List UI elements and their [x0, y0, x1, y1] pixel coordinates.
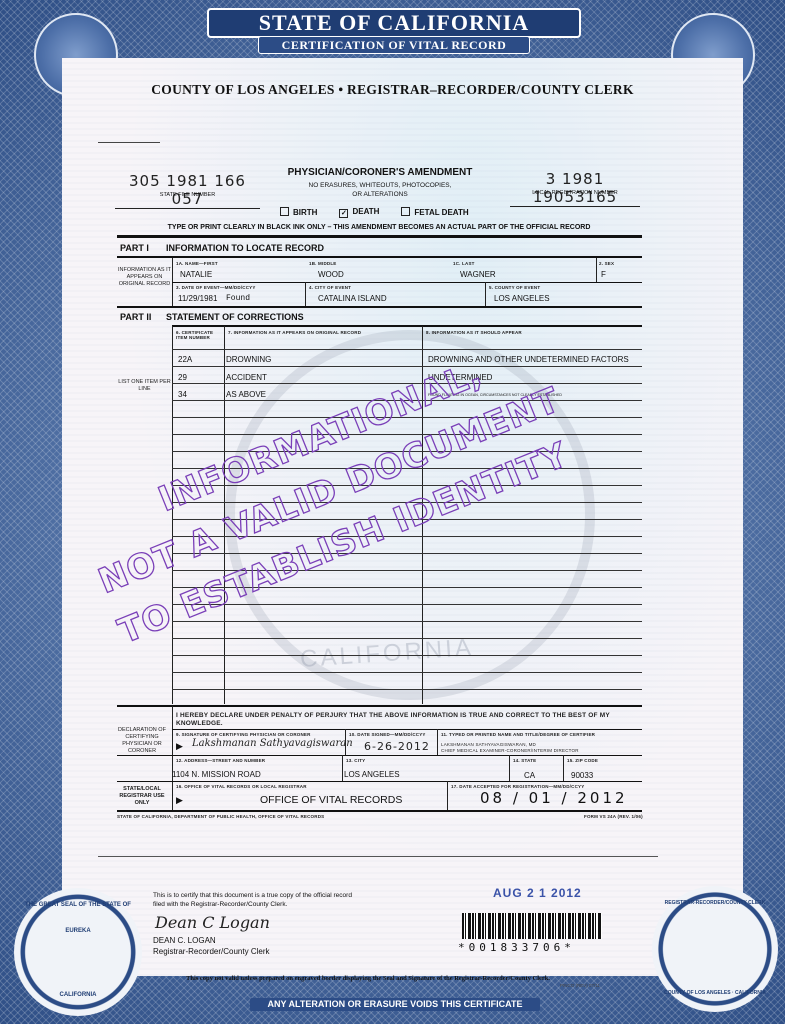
ruled-line: [172, 672, 642, 673]
grid-line: [509, 755, 510, 781]
barcode: [462, 913, 602, 939]
seal-motto: EUREKA: [14, 928, 142, 934]
zip-label: 15. ZIP CODE: [567, 758, 598, 763]
great-seal-of-california: THE GREAT SEAL OF THE STATE OF EUREKA CA…: [14, 888, 142, 1016]
instruction-text: TYPE OR PRINT CLEARLY IN BLACK INK ONLY …: [117, 224, 641, 231]
form-subtitle: NO ERASURES, WHITEOUTS, PHOTOCOPIES, OR …: [270, 181, 490, 199]
part1-side-label: INFORMATION AS IT APPEARS ON ORIGINAL RE…: [117, 267, 172, 288]
state-file-label: STATE FILE NUMBER: [115, 192, 260, 198]
date-accepted-value: 08 / 01 / 2012: [480, 789, 628, 807]
certification-line1: This is to certify that this document is…: [153, 891, 352, 900]
state-value: CA: [524, 771, 535, 780]
record-type-checkboxes: BIRTH ✓DEATH FETAL DEATH: [280, 207, 469, 218]
city-value: LOS ANGELES: [344, 770, 400, 779]
declaration-side-label: DECLARATION OF CERTIFYING PHYSICIAN OR C…: [113, 727, 171, 755]
date-signed-label: 10. DATE SIGNED—MM/DD/CCYY: [349, 732, 426, 737]
divider: [117, 306, 642, 308]
grid-line: [563, 755, 564, 781]
grid-line: [305, 282, 306, 306]
county-of-event-label: 5. COUNTY OF EVENT: [489, 285, 540, 290]
certification-subbanner: CERTIFICATION OF VITAL RECORD: [258, 36, 530, 54]
zip-value: 90033: [571, 771, 593, 780]
column-header-original: 7. INFORMATION AS IT APPEARS ON ORIGINAL…: [228, 330, 361, 335]
office-value: OFFICE OF VITAL RECORDS: [260, 794, 402, 806]
date-of-event-note: Found: [226, 294, 250, 303]
column-header-item: 6. CERTIFICATE ITEM NUMBER: [176, 330, 222, 340]
grid-line: [596, 258, 597, 282]
grid-line: [447, 781, 448, 810]
checkbox-empty-icon: [280, 207, 289, 216]
first-name-label: 1A. NAME—FIRST: [176, 261, 218, 266]
middle-name-value: WOOD: [318, 270, 344, 279]
divider: [98, 856, 658, 857]
county-of-event-value: LOS ANGELES: [494, 294, 550, 303]
checkbox-fetal-death[interactable]: FETAL DEATH: [401, 207, 468, 218]
divider: [117, 705, 642, 707]
city-of-event-label: 4. CITY OF EVENT: [309, 285, 351, 290]
grid-line: [437, 729, 438, 755]
certification-text: This is to certify that this document is…: [153, 891, 352, 909]
seal-bottom-text: CALIFORNIA: [14, 992, 142, 998]
city-label: 13. CITY: [346, 758, 365, 763]
local-registration-number: 3 1981 19053165: [510, 170, 640, 207]
part2-title: STATEMENT OF CORRECTIONS: [166, 312, 304, 322]
checkbox-checked-icon: ✓: [339, 209, 348, 218]
seal-bottom-text: COUNTY OF LOS ANGELES · CALIFORNIA: [652, 990, 778, 996]
form-subtitle-line2: OR ALTERATIONS: [270, 190, 490, 199]
form-title: PHYSICIAN/CORONER'S AMENDMENT: [260, 167, 500, 178]
state-label: 14. STATE: [513, 758, 536, 763]
grid-line: [172, 729, 642, 730]
office-label: 16. OFFICE OF VITAL RECORDS OR LOCAL REG…: [176, 784, 307, 789]
item-number: 34: [178, 390, 187, 399]
checkbox-birth[interactable]: BIRTH: [280, 207, 317, 218]
part1-label: PART I: [120, 243, 149, 253]
part2-side-label: LIST ONE ITEM PER LINE: [117, 379, 172, 393]
registrar-side-label: STATE/LOCAL REGISTRAR USE ONLY: [113, 786, 171, 807]
seal-top-text: THE GREAT SEAL OF THE STATE OF: [14, 902, 142, 908]
grid-line: [172, 282, 642, 283]
column-header-corrected: 8. INFORMATION AS IT SHOULD APPEAR: [426, 330, 522, 335]
divider: [117, 810, 642, 812]
barcode-number: *001833706*: [458, 941, 575, 954]
seal-top-text: REGISTRAR-RECORDER/COUNTY CLERK: [652, 900, 778, 906]
ruled-line: [172, 689, 642, 690]
certifier-signature: Lakshmanan Sathyavagiswaran: [192, 738, 353, 749]
state-banner: STATE OF CALIFORNIA: [207, 8, 581, 38]
arrow-icon: ▶: [176, 795, 183, 806]
checkbox-empty-icon: [401, 207, 410, 216]
local-registration-label: LOCAL REGISTRATION NUMBER: [510, 190, 640, 196]
certifier-name-label: 11. TYPED OR PRINTED NAME AND TITLE/DEGR…: [441, 732, 595, 737]
ruled-line: [172, 621, 642, 622]
arrow-icon: ▶: [176, 741, 183, 752]
department-footer: STATE OF CALIFORNIA, DEPARTMENT OF PUBLI…: [117, 814, 324, 819]
sex-value: F: [601, 270, 606, 279]
certifier-title: CHIEF MEDICAL EXAMINER-CORONER/INTERIM D…: [441, 748, 579, 753]
form-subtitle-line1: NO ERASURES, WHITEOUTS, PHOTOCOPIES,: [270, 181, 490, 190]
address-label: 12. ADDRESS—STREET AND NUMBER: [176, 758, 265, 763]
county-header: COUNTY OF LOS ANGELES • REGISTRAR–RECORD…: [0, 82, 785, 98]
certifier-name: LAKSHMANAN SATHYAVAGISWARAN, MD: [441, 742, 536, 747]
last-name-value: WAGNER: [460, 270, 496, 279]
divider: [117, 235, 642, 238]
original-value: ACCIDENT: [226, 373, 267, 382]
received-date-stamp: AUG 2 1 2012: [493, 886, 582, 900]
ruled-line: [172, 349, 642, 350]
date-of-event-label: 3. DATE OF EVENT—MM/DD/CCYY: [176, 285, 256, 290]
item-number: 22A: [178, 355, 192, 364]
sex-label: 2. SEX: [599, 261, 614, 266]
registrar-title: Registrar-Recorder/County Clerk: [153, 946, 269, 957]
ruled-line: [172, 655, 642, 656]
date-of-event-value: 11/29/1981: [178, 294, 217, 303]
city-of-event-value: CATALINA ISLAND: [318, 294, 387, 303]
original-value: DROWNING: [226, 355, 271, 364]
grid-line: [342, 755, 343, 781]
middle-name-label: 1B. MIDDLE: [309, 261, 337, 266]
ruled-line: [172, 638, 642, 639]
ruled-line: [172, 434, 642, 435]
signature-label: 9. SIGNATURE OF CERTIFYING PHYSICIAN OR …: [176, 732, 311, 737]
item-number: 29: [178, 373, 187, 382]
copy-validity-note: This copy not valid unless prepared on e…: [186, 975, 550, 982]
part1-title: INFORMATION TO LOCATE RECORD: [166, 243, 324, 253]
divider: [172, 325, 642, 327]
state-file-number: 305 1981 166 057: [115, 172, 260, 209]
registrar-name: DEAN C. LOGAN: [153, 935, 269, 946]
alteration-warning-banner: ANY ALTERATION OR ERASURE VOIDS THIS CER…: [250, 998, 540, 1011]
ruled-line: [172, 366, 642, 367]
ruled-line: [172, 553, 642, 554]
registrar-block: DEAN C. LOGAN Registrar-Recorder/County …: [153, 935, 269, 957]
grid-line: [172, 706, 173, 810]
printer-code: PINCO (REV) 07/11: [560, 983, 600, 988]
grid-line: [485, 282, 486, 306]
last-name-label: 1C. LAST: [453, 261, 475, 266]
dash-mark: [98, 142, 160, 143]
grid-line: [345, 729, 346, 755]
part2-label: PART II: [120, 312, 151, 322]
declaration-statement: I HEREBY DECLARE UNDER PENALTY OF PERJUR…: [176, 712, 626, 728]
date-signed-value: 6-26-2012: [364, 740, 430, 753]
registrar-signature: Dean C Logan: [155, 913, 270, 932]
original-value: AS ABOVE: [226, 390, 266, 399]
certification-line2: filed with the Registrar-Recorder/County…: [153, 900, 352, 909]
grid-line: [117, 781, 642, 782]
checkbox-death[interactable]: ✓DEATH: [339, 207, 379, 218]
divider: [117, 256, 642, 258]
form-number: FORM VS 24A (REV. 1/06): [584, 814, 643, 819]
address-value: 1104 N. MISSION ROAD: [172, 770, 261, 779]
county-registrar-seal: REGISTRAR-RECORDER/COUNTY CLERK COUNTY O…: [652, 886, 778, 1012]
first-name-value: NATALIE: [180, 270, 212, 279]
